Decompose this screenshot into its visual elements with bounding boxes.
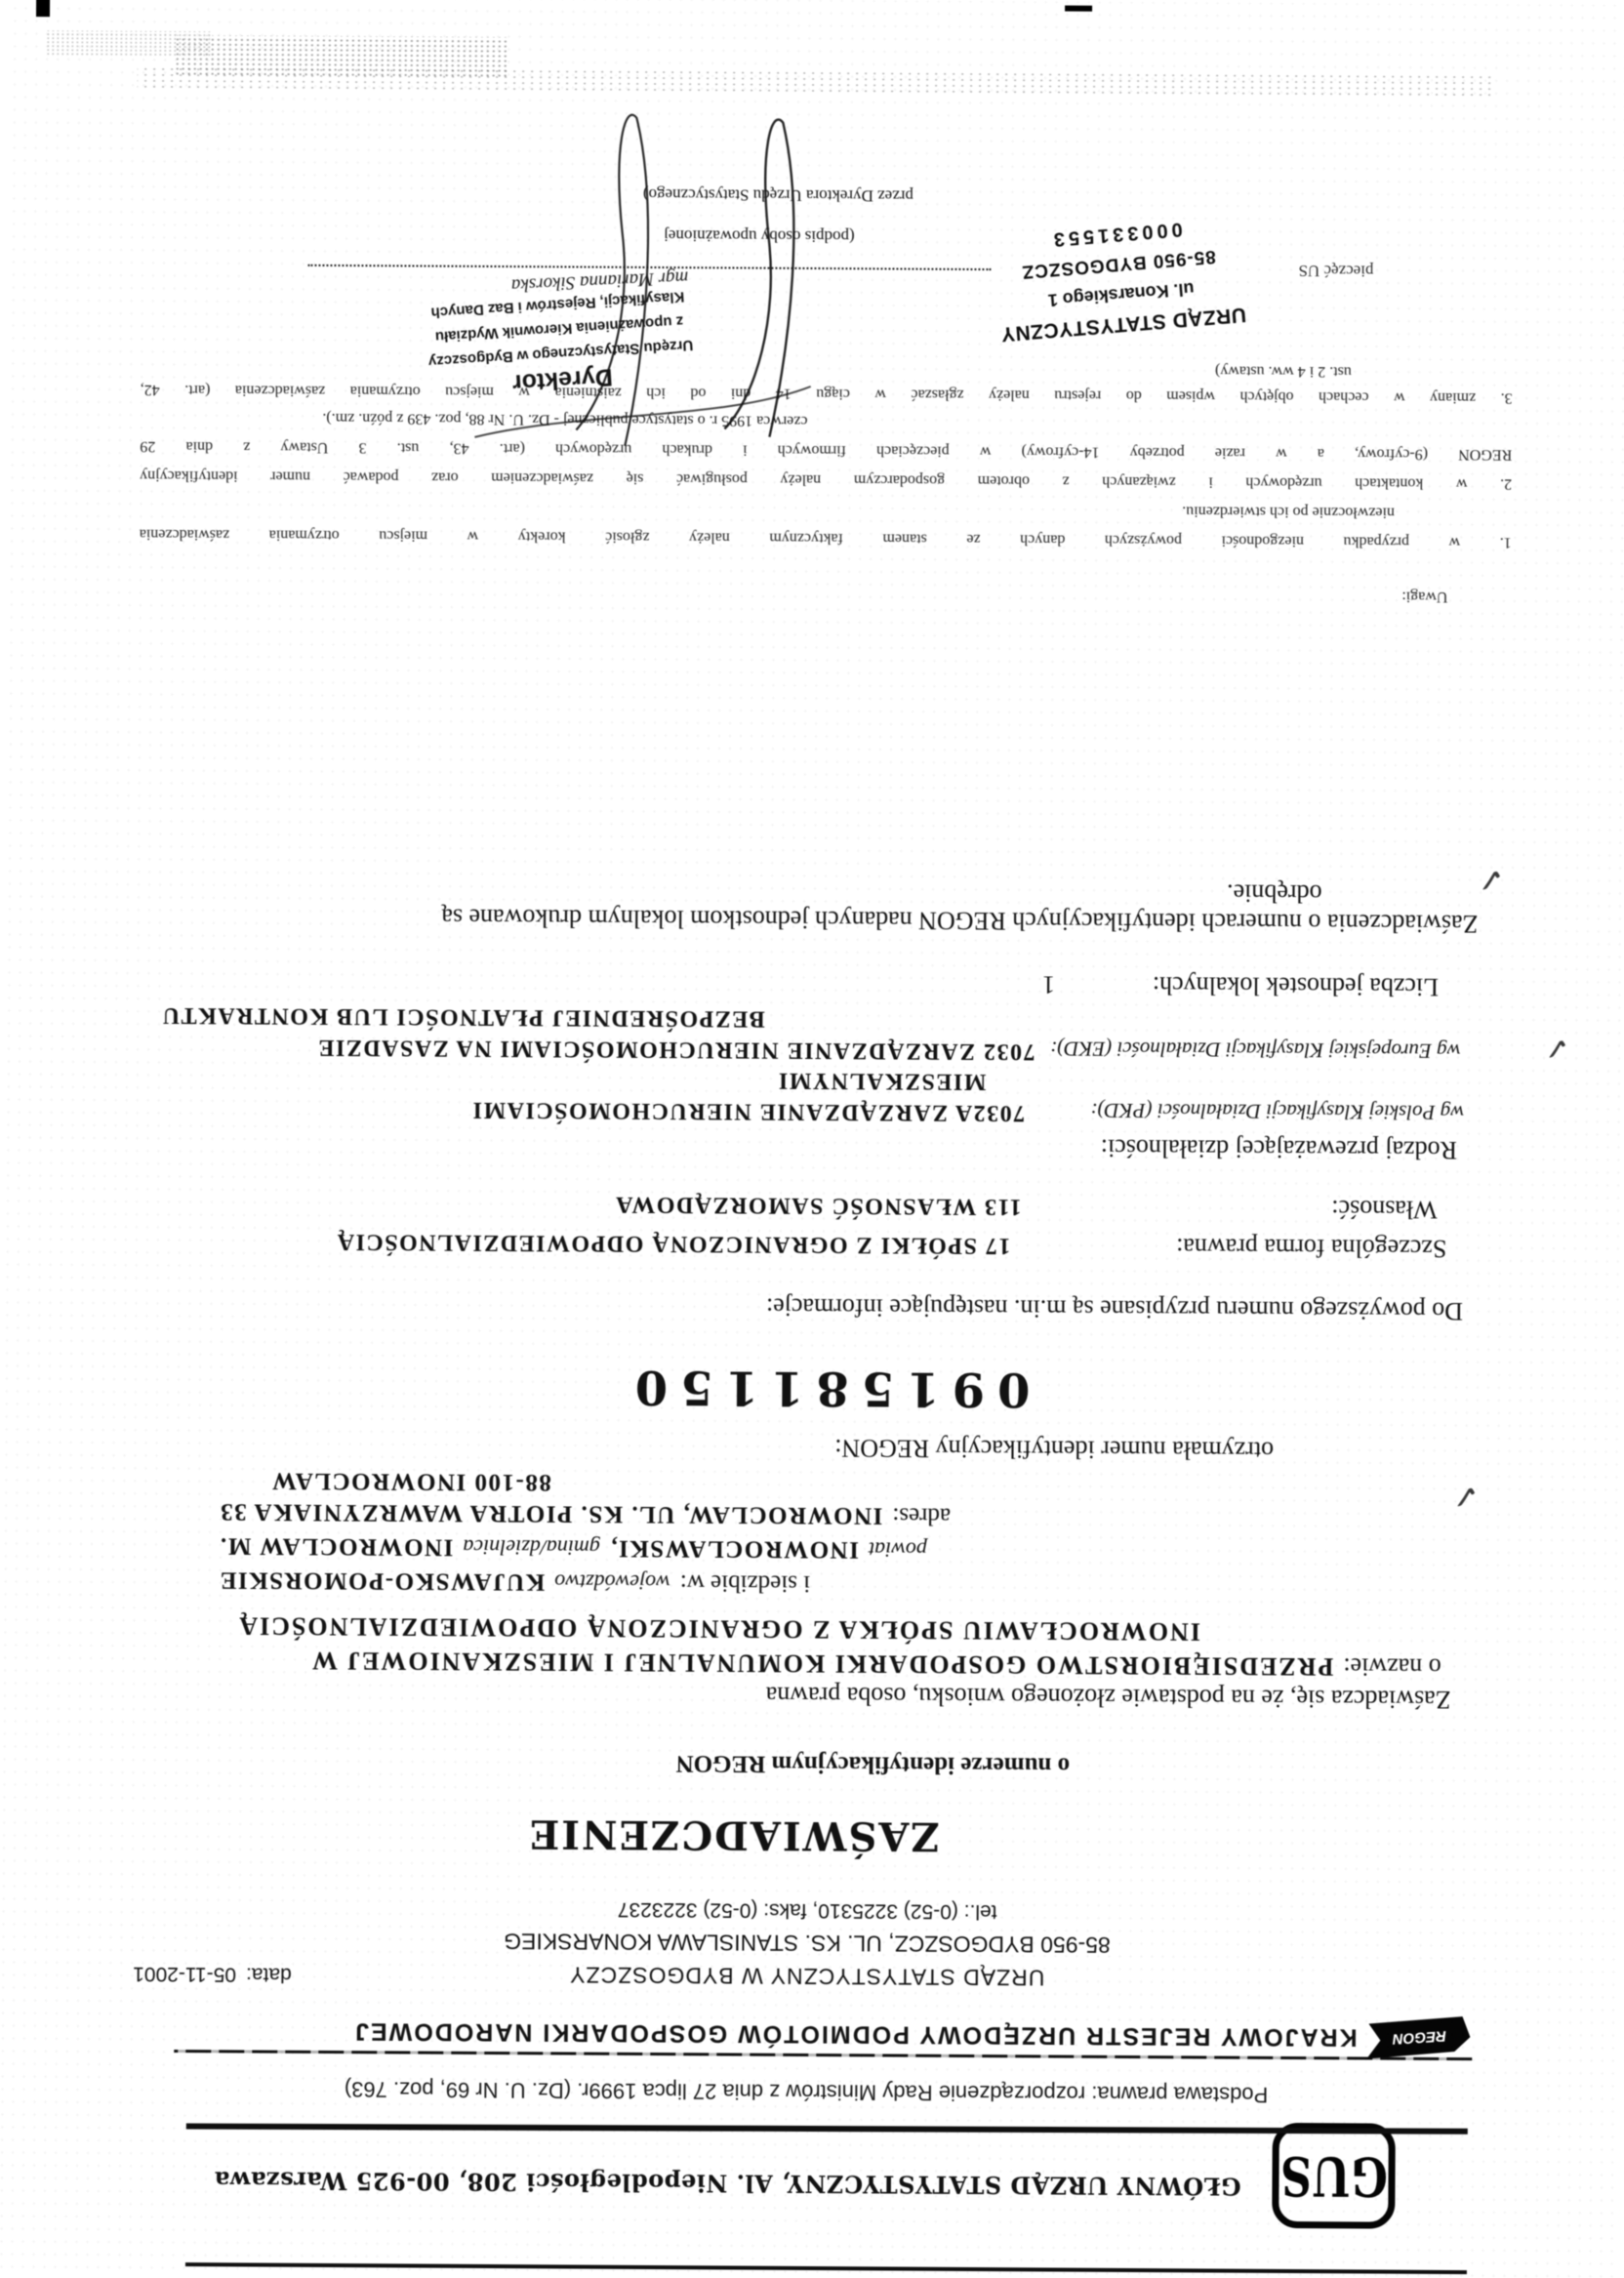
header-rule-bottom [186,2123,1468,2134]
gmina-value: INOWROCLAW M. [219,1532,453,1560]
local-note-line2: odrębnie. [1227,878,1322,909]
date-line: data:05-11-2001 [133,1962,292,1986]
separator-rule [174,2050,1472,2060]
date-value: 05-11-2001 [133,1963,236,1986]
postal-line: 88-100 INOWROCLAW [270,1467,550,1496]
office-address: 85-950 BYDGOSZCZ, UL. KS. STANISLAWA KON… [300,1924,1315,1963]
company-name-part1: PRZEDSIĘBIORSTWO GOSPODARKI KOMUNALNEJ I… [310,1647,1334,1681]
regon-number: 091581150 [623,1360,1031,1417]
office-stamp: URZĄD STATYSTYCZNY ul. Konarskiego 1 85-… [969,207,1271,351]
handwritten-checkmark: ✓ [1473,860,1509,899]
scan-edge-mark [36,0,50,17]
legal-form-label: Szczególna forma prawna: [1176,1232,1446,1263]
note2-line1: 2. w kontaktach urzędowych i związanych … [140,467,1512,493]
address-value: INOWROCLAW, UL. KS. PIOTRA WAWRZYNIAKA 3… [220,1498,883,1528]
scan-edge-dash [1065,6,1092,12]
local-note-line1: Zaświadczenia o numerach identyfikacyjny… [441,903,1478,938]
agency-header: GŁÓWNY URZĄD STATYSTYCZNY, Al. Niepodleg… [188,2166,1266,2201]
legal-form-value: 17 SPÓŁKI Z OGRANICZONĄ ODPOWIEDZIALNOŚC… [336,1228,1010,1258]
local-units-value: 1 [1042,969,1055,998]
powiat-line: powiatINOWROCLAWSKI,gmina/dzielnicaINOWR… [219,1531,927,1563]
handwritten-checkmark: ✓ [1540,1030,1573,1066]
company-name-line2: INOWROCŁAWIU SPÓŁKA Z OGRANICZONĄ ODPOWI… [237,1610,1200,1646]
local-units-label: Liczba jednostek lokalnych: [1153,970,1439,1001]
pkd-value-line2: MIESZKALNYMI [777,1067,986,1094]
gus-logo-text: GUS [1279,2144,1388,2207]
seat-label: i siedzibie w: [680,1569,810,1597]
note1-line1: 1. w przypadku niezgodności powyższych d… [140,525,1512,551]
scanned-page: GUS GŁÓWNY URZĄD STATYSTYCZNY, Al. Niepo… [0,0,1624,2278]
certificate-subtitle: o numerze identyfikacyjnym REGON [676,1749,1071,1778]
ownership-label: Własność: [1331,1194,1437,1224]
ownership-value: 113 WŁASNOŚĆ SAMORZĄDOWA [615,1191,1022,1220]
voivodeship-label: województwo [554,1569,670,1595]
statement-intro: Zaświadcza się, że na podstawie złożoneg… [766,1681,1451,1714]
legal-basis-line: Podstawa prawna: rozporządzenie Rady Min… [123,2075,1489,2109]
office-phone: tel.: (0-52) 3225310, faks: (0-52) 32232… [300,1891,1315,1930]
pkd-label: wg Polskiej Klasyfikacji Działalności (P… [1090,1098,1464,1124]
header-rule-top [185,2262,1467,2274]
note3-line2: ust. 2 i 4 ww. ustawy) [1215,362,1352,381]
document-sheet: GUS GŁÓWNY URZĄD STATYSTYCZNY, Al. Niepo… [0,0,1624,2278]
gus-logo: GUS [1272,2123,1396,2229]
register-title: KRAJOWY REJESTR URZĘDOWY PODMIOTÓW GOSPO… [203,2015,1507,2052]
ekd-label: wg Europejskiej Klasyfikacji Działalnośc… [1050,1036,1460,1063]
signature-scribble [447,90,839,455]
scan-noise-patch [177,35,508,78]
received-line: otrzymała numer identyfikacyjny REGON: [834,1433,1274,1465]
pkd-value-line1: 7032A ZARZĄDZANIE NIERUCHOMOŚCIAMI [471,1096,1025,1125]
company-name-line1: o nazwie:PRZEDSIĘBIORSTWO GOSPODARKI KOM… [310,1646,1441,1682]
office-block: URZĄD STATYSTYCZNY W BYDGOSZCZY 85-950 B… [300,1891,1316,1996]
office-name: URZĄD STATYSTYCZNY W BYDGOSZCZY [300,1957,1315,1996]
company-name-label: o nazwie: [1343,1652,1441,1682]
notes-heading: Uwagi: [1401,588,1447,605]
ekd-value-line1: 7032 ZARZĄDZANIE NIERUCHOMOŚCIAMI NA ZAS… [317,1034,1035,1064]
address-line: adres:INOWROCLAW, UL. KS. PIOTRA WAWRZYN… [220,1497,952,1529]
date-label: data: [246,1963,292,1985]
voivodeship-value: KUJAWSKO-POMORSKIE [219,1566,545,1595]
powiat-label: powiat [869,1537,927,1562]
seat-line: i siedzibie w:województwoKUJAWSKO-POMORS… [219,1566,810,1597]
activity-label: Rodzaj przeważającej działalności: [1101,1133,1457,1164]
note1-line2: niezwłocznie po ich stwierdzeniu. [1182,502,1395,520]
gmina-label: gmina/dzielnica [463,1535,600,1561]
powiat-value: INOWROCLAWSKI, [610,1535,859,1564]
certificate-title: ZAŚWIADCZENIE [528,1810,940,1859]
stamp-caption: pieczęć US [1298,261,1373,280]
handwritten-checkmark: ✓ [1447,1477,1483,1516]
ekd-value-line2: BEZPOŚREDNIEJ PŁATNOŚCI LUB KONTRAKTU [161,1001,765,1032]
details-intro: Do powyższego numeru przypisane są m.in.… [766,1292,1463,1325]
address-label: adres: [892,1503,951,1529]
scan-noise-speckle [46,30,212,57]
